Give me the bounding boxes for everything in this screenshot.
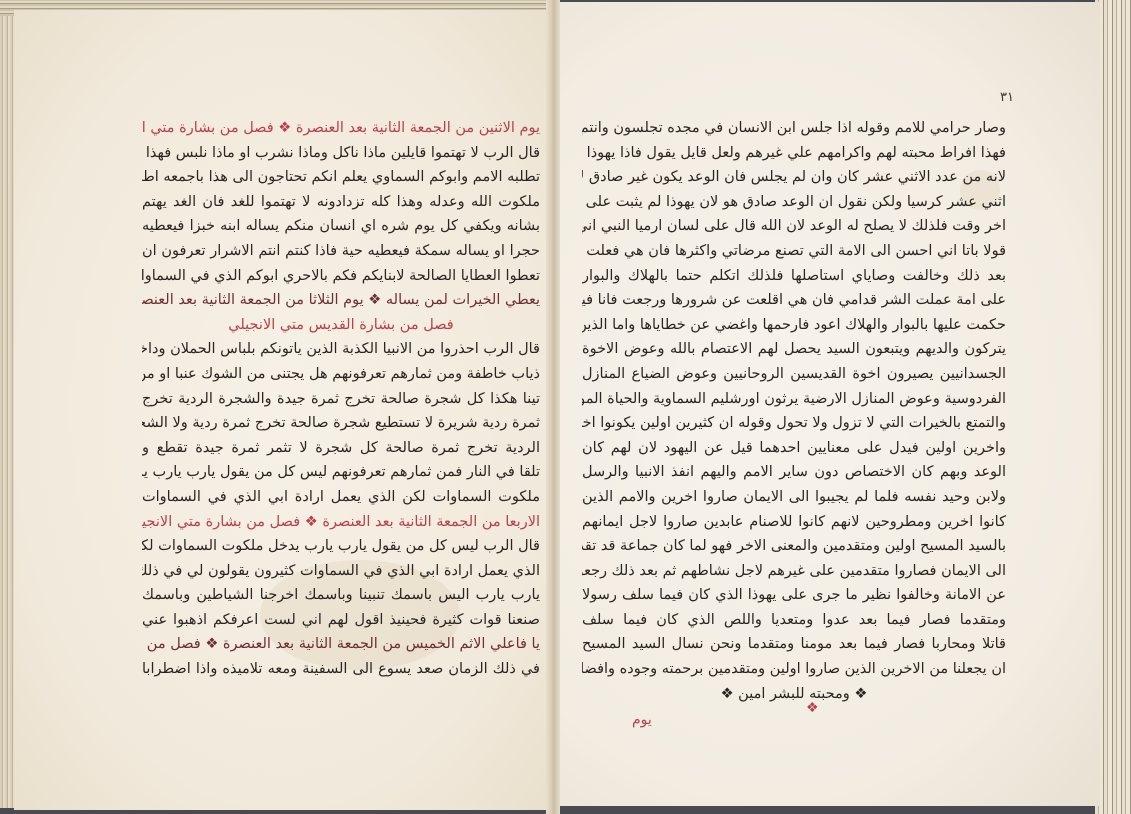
manuscript-line: فصل من بشارة القديس متي الانجيلي bbox=[142, 313, 540, 338]
manuscript-line: فهذا افراط محبته لهم واكرامهم علي غيرهم … bbox=[582, 141, 1006, 166]
book-gutter bbox=[546, 0, 560, 814]
manuscript-line: والتمتع بالخيرات التي لا تزول ولا تحول و… bbox=[582, 411, 1006, 436]
manuscript-line: قال الرب لا تهتموا قايلين ماذا ناكل وماذ… bbox=[142, 141, 540, 166]
manuscript-line: اخر وقت فلذلك لا يصلح له الوعد لان الله … bbox=[582, 214, 1006, 239]
manuscript-line: بالسيد المسيح اولين ومتقدمين والمعنى الا… bbox=[582, 534, 1006, 559]
manuscript-line: واخرين اولين فيدل على معنايين احدهما قيل… bbox=[582, 436, 1006, 461]
manuscript-line: لانه من عدد الاثني عشر كان وان لم يجلس ف… bbox=[582, 165, 1006, 190]
folio-number: ٣١ bbox=[1000, 90, 1014, 105]
manuscript-line: قولا باتا اني احسن الى الامة التي تصنع م… bbox=[582, 239, 1006, 264]
manuscript-line: ان يجعلنا من الاخرين الذين صاروا اولين و… bbox=[582, 657, 1006, 682]
left-page-text: يوم الاثنين من الجمعة الثانية بعد العنصر… bbox=[142, 116, 540, 682]
manuscript-line: الذي يعمل ارادة ابي الذي في السماوات كثي… bbox=[142, 559, 540, 584]
manuscript-line: في ذلك الزمان صعد يسوع الى السفينة ومعه … bbox=[142, 657, 540, 682]
manuscript-line: ذياب خاطفة ومن ثمارهم تعرفونهم هل يجتنى … bbox=[142, 362, 540, 387]
manuscript-line: على امة عملت الشر قدامي فان هي اقلعت عن … bbox=[582, 288, 1006, 313]
open-manuscript: يوم الاثنين من الجمعة الثانية بعد العنصر… bbox=[0, 0, 1131, 814]
manuscript-line: الجسدانيين يصيرون اخوة القديسين الروحاني… bbox=[582, 362, 1006, 387]
manuscript-line: ولابن وحيد نفسه فلما لم يجيبوا الى الايم… bbox=[582, 485, 1006, 510]
right-page-text: وصار حرامي للامم وقوله اذا جلس ابن الانس… bbox=[582, 116, 1006, 706]
manuscript-line: اثني عشر كرسيا ولكن نقول ان الوعد صادق ه… bbox=[582, 190, 1006, 215]
manuscript-line: الفردوسية وعوض المنازل الارضية يرثون اور… bbox=[582, 387, 1006, 412]
manuscript-line: كانوا اخرين ومطروحين لانهم كانوا للاصنام… bbox=[582, 510, 1006, 535]
manuscript-line: يارب يارب اليس باسمك تنبينا وباسمك اخرجن… bbox=[142, 583, 540, 608]
manuscript-line: ❖ ومحبته للبشر امين ❖ bbox=[582, 682, 1006, 707]
manuscript-line: تطلبه الامم وابوكم السماوي يعلم انكم تحت… bbox=[142, 165, 540, 190]
manuscript-line: تلقا في النار فمن ثمارهم تعرفونهم ليس كل… bbox=[142, 460, 540, 485]
right-page-edges bbox=[1095, 0, 1131, 814]
manuscript-line: بعد ذلك وخالفت وصاياي استاصلها فلذلك اتك… bbox=[582, 264, 1006, 289]
manuscript-line: قال الرب ليس كل من يقول يارب يارب يدخل م… bbox=[142, 534, 540, 559]
end-ornament-icon: ❖ bbox=[806, 700, 819, 716]
manuscript-line: ملكوت الله وعدله وهذا كله تزدادونه لا ته… bbox=[142, 190, 540, 215]
manuscript-line: تعطوا العطايا الصالحة لابنايكم فكم بالاح… bbox=[142, 264, 540, 289]
manuscript-line: صنعنا قوات كثيرة فحينيذ اقول لهم اني لست… bbox=[142, 608, 540, 633]
manuscript-line: بشانه ويكفي كل يوم شره اي انسان منكم يسا… bbox=[142, 214, 540, 239]
manuscript-line: الى الايمان فصاروا متقدمين على غيرهم لاج… bbox=[582, 559, 1006, 584]
manuscript-line: الردية تخرج ثمرة صالحة كل شجرة لا تثمر ث… bbox=[142, 436, 540, 461]
manuscript-line: عن الامانة وخالفوا نظير ما جرى على يهوذا… bbox=[582, 583, 1006, 608]
manuscript-line: الوعد وبهم كان الاختصاص دون ساير الامم و… bbox=[582, 460, 1006, 485]
manuscript-line: ثمرة ردية شريرة لا تستطيع شجرة صالحة تخر… bbox=[142, 411, 540, 436]
manuscript-line: قاتلا ومحاربا فصار فيما بعد مومنا ومتقدم… bbox=[582, 632, 1006, 657]
manuscript-line: ومتقدما فصار فيما بعد عدوا ومتعديا واللص… bbox=[582, 608, 1006, 633]
manuscript-line: حكمت عليها بالبوار والهلاك اعود فارحمها … bbox=[582, 313, 1006, 338]
manuscript-line: الاربعا من الجمعة الثانية بعد العنصرة ❖ … bbox=[142, 510, 540, 535]
manuscript-line: يتركون والديهم ويتبعون السيد يحصل لهم ال… bbox=[582, 337, 1006, 362]
catchword: يوم bbox=[632, 712, 652, 728]
manuscript-line: وصار حرامي للامم وقوله اذا جلس ابن الانس… bbox=[582, 116, 1006, 141]
manuscript-line: يوم الاثنين من الجمعة الثانية بعد العنصر… bbox=[142, 116, 540, 141]
manuscript-line: تينا هكذا كل شجرة صالحة تخرج ثمرة جيدة و… bbox=[142, 387, 540, 412]
manuscript-line: يا فاعلي الاثم الخميس من الجمعة الثانية … bbox=[142, 632, 540, 657]
manuscript-line: حجرا او يساله سمكة فيعطيه حية فاذا كنتم … bbox=[142, 239, 540, 264]
manuscript-line: ملكوت السماوات لكن الذي يعمل ارادة ابي ا… bbox=[142, 485, 540, 510]
manuscript-line: يعطي الخيرات لمن يساله ❖ يوم الثلاثا من … bbox=[142, 288, 540, 313]
manuscript-line: قال الرب احذروا من الانبيا الكذبة الذين … bbox=[142, 337, 540, 362]
